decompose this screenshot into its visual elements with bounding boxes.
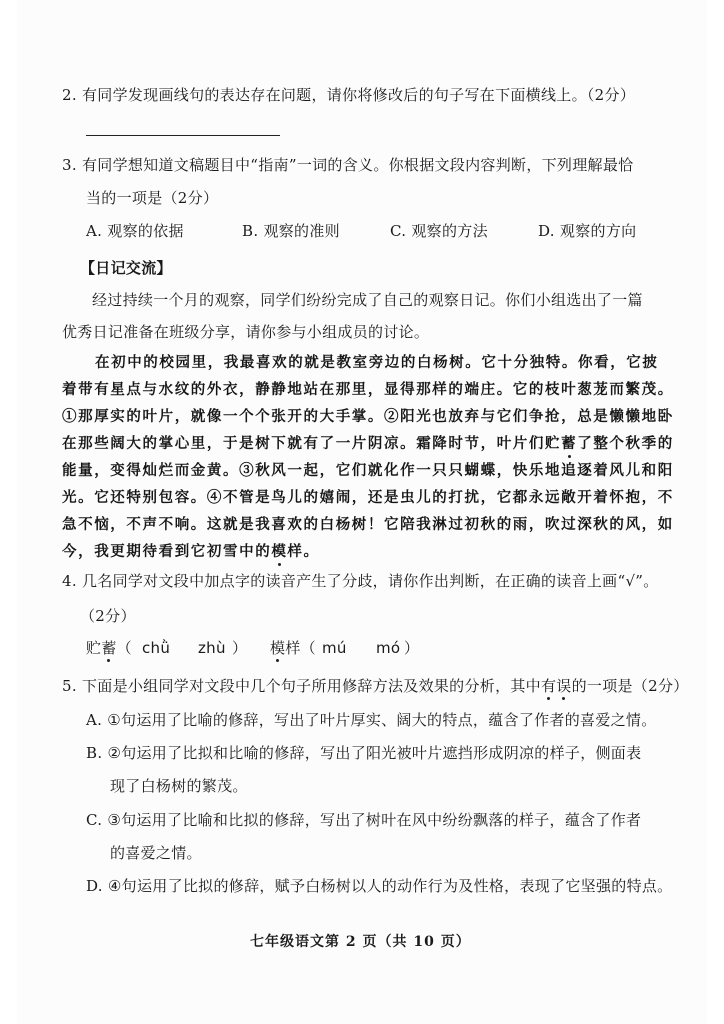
- dotted-char-wu: 误: [556, 676, 571, 696]
- open-paren: （: [117, 639, 132, 657]
- passage-line-4-suffix: 了整个秋季的: [577, 435, 674, 452]
- section-intro-line2: 优秀日记准备在班级分享，请你参与小组成员的讨论。: [62, 322, 429, 342]
- passage-line-7: 急不恼，不声不响。这就是我喜欢的白杨树！它陪我淋过初秋的雨，吹过深秋的风，如: [62, 515, 674, 535]
- dotted-char-xu: 蓄: [561, 434, 577, 454]
- passage-line-8-main: 今，我更期待看到它初雪中的: [62, 543, 271, 560]
- q5-option-b[interactable]: B. ②句运用了比拟和比喻的修辞，写出了阳光被叶片遮挡形成阴凉的样子，侧面表: [86, 743, 641, 763]
- word-char: 贮: [86, 639, 101, 657]
- section-intro-line1: 经过持续一个月的观察，同学们纷纷完成了自己的观察日记。你们小组选出了一篇: [92, 290, 643, 310]
- pinyin-item-moyang: 模样（: [270, 638, 316, 658]
- q5-option-c-cont: 的喜爱之情。: [110, 843, 202, 863]
- page-footer: 七年级语文第 2 页（共 10 页）: [250, 932, 471, 952]
- close-paren: ）: [232, 638, 247, 658]
- passage-line-4: 在那些阔大的掌心里，于是树下就有了一片阴凉。霜降时节，叶片们贮蓄了整个秋季的: [62, 434, 674, 454]
- pinyin-option-chu[interactable]: chǜ: [142, 638, 170, 658]
- passage-plain-char: 贮: [545, 435, 561, 452]
- q5-option-b-cont: 现了白杨树的繁茂。: [110, 776, 248, 796]
- q3-option-b[interactable]: B. 观察的准则: [242, 221, 340, 241]
- question-3-line2: 当的一项是（2分）: [86, 188, 218, 208]
- q5-text-before: 5. 下面是小组同学对文段中几个句子所用修辞方法及效果的分析，其中: [62, 677, 541, 695]
- question-3-line1: 3. 有同学想知道文稿题目中“指南”一词的含义。你根据文段内容判断，下列理解最恰: [62, 155, 633, 175]
- q5-option-d[interactable]: D. ④句运用了比拟的修辞，赋予白杨树以人的动作行为及性格，表现了它坚强的特点。: [86, 876, 672, 896]
- pinyin-option-zhu[interactable]: zhù: [198, 638, 226, 658]
- pinyin-option-mu[interactable]: mú: [322, 638, 347, 658]
- section-title: 【日记交流】: [80, 258, 172, 278]
- q5-option-a[interactable]: A. ①句运用了比喻的修辞，写出了叶片厚实、阔大的特点，蕴含了作者的喜爱之情。: [86, 710, 657, 730]
- q3-option-a[interactable]: A. 观察的依据: [86, 221, 184, 241]
- open-paren: （: [301, 639, 316, 657]
- passage-line-8: 今，我更期待看到它初雪中的模样。: [62, 542, 320, 562]
- q3-option-c[interactable]: C. 观察的方法: [390, 221, 488, 241]
- exam-paper: [17, 0, 707, 1024]
- question-5-line1: 5. 下面是小组同学对文段中几个句子所用修辞方法及效果的分析，其中有误的一项是（…: [62, 676, 689, 696]
- pinyin-item-zhuxu: 贮蓄（: [86, 638, 132, 658]
- close-paren: ）: [404, 638, 419, 658]
- word-char: 样: [285, 639, 300, 657]
- q3-option-d[interactable]: D. 观察的方向: [538, 221, 636, 241]
- dotted-word-char: 蓄: [101, 638, 116, 658]
- passage-line-8-suffix: 样。: [287, 543, 319, 560]
- q5-option-c[interactable]: C. ③句运用了比喻和比拟的修辞，写出了树叶在风中纷纷飘落的样子，蕴含了作者: [86, 810, 641, 830]
- question-2-text: 2. 有同学发现画线句的表达存在问题，请你将修改后的句子写在下面横线上。（2分）: [62, 85, 635, 105]
- question-4-line1: 4. 几名同学对文段中加点字的读音产生了分歧，请你作出判断，在正确的读音上画“√…: [62, 571, 659, 591]
- passage-line-5: 能量，变得灿烂而金黄。③秋风一起，它们就化作一只只蝴蝶，快乐地追逐着风儿和阳: [62, 461, 674, 481]
- passage-line-2: 着带有星点与水纹的外衣，静静地站在那里，显得那样的端庄。它的枝叶葱茏而繁茂。: [62, 380, 674, 400]
- passage-line-4-main: 在那些阔大的掌心里，于是树下就有了一片阴凉。霜降时节，叶片们: [62, 435, 545, 452]
- pinyin-option-mo[interactable]: mó: [376, 638, 400, 658]
- passage-line-6: 光。它还特别包容。④不管是鸟儿的嬉闹，还是虫儿的打扰，它都永远敞开着怀抱，不: [62, 488, 674, 508]
- q5-text-after: 的一项是（2分）: [572, 677, 689, 695]
- passage-line-1: 在初中的校园里，我最喜欢的就是教室旁边的白杨树。它十分独特。你看，它披: [95, 353, 659, 373]
- passage-line-3: ①那厚实的叶片，就像一个个张开的大手掌。②阳光也放弃与它们争抢，总是懒懒地卧: [62, 407, 674, 427]
- question-4-points: （2分）: [80, 606, 136, 626]
- dotted-char-you: 有: [541, 676, 556, 696]
- dotted-char-mo: 模: [271, 542, 287, 562]
- dotted-word-char: 模: [270, 638, 285, 658]
- answer-blank-line[interactable]: [86, 135, 280, 136]
